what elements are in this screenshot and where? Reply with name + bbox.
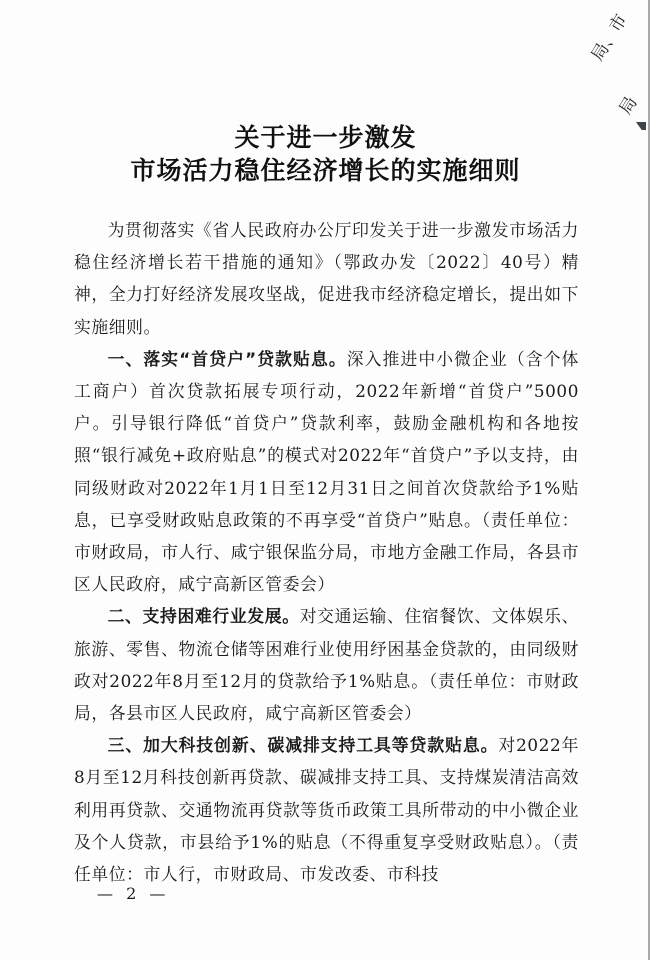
intro-paragraph: 为贯彻落实《省人民政府办公厅印发关于进一步激发市场活力稳住经济增长若干措施的通知…	[74, 214, 579, 343]
overlay-text-fragment: 局	[611, 91, 641, 119]
document-page: 局、市 局 关于进一步激发 市场活力稳住经济增长的实施细则 为贯彻落实《省人民政…	[0, 0, 650, 960]
section-heading: 三、加大科技创新、碳减排支持工具等贷款贴息。	[108, 735, 499, 755]
section-text: 深入推进中小微企业（含个体工商户）首次贷款拓展专项行动，2022年新增“首贷户”…	[74, 349, 579, 594]
page-number: — 2 —	[97, 884, 169, 903]
section-paragraph-2: 二、支持困难行业发展。对交通运输、住宿餐饮、文体娱乐、旅游、零售、物流仓储等困难…	[74, 600, 579, 729]
overlapping-page-corner: 局、市 局	[526, 0, 646, 130]
section-text: 对2022年8月至12月科技创新再贷款、碳减排支持工具、支持煤炭清洁高效利用再贷…	[74, 735, 579, 884]
section-heading: 一、落实“首贷户”贷款贴息。	[108, 349, 347, 369]
document-title-line-1: 关于进一步激发	[0, 118, 651, 154]
section-heading: 二、支持困难行业发展。	[108, 606, 300, 626]
section-paragraph-3: 三、加大科技创新、碳减排支持工具等贷款贴息。对2022年8月至12月科技创新再贷…	[74, 729, 579, 890]
overlay-text-fragment: 局、市	[583, 8, 631, 64]
document-body: 为贯彻落实《省人民政府办公厅印发关于进一步激发市场活力稳住经济增长若干措施的通知…	[74, 214, 579, 890]
document-title-line-2: 市场活力稳住经济增长的实施细则	[0, 151, 651, 187]
section-paragraph-1: 一、落实“首贷户”贷款贴息。深入推进中小微企业（含个体工商户）首次贷款拓展专项行…	[74, 343, 579, 601]
